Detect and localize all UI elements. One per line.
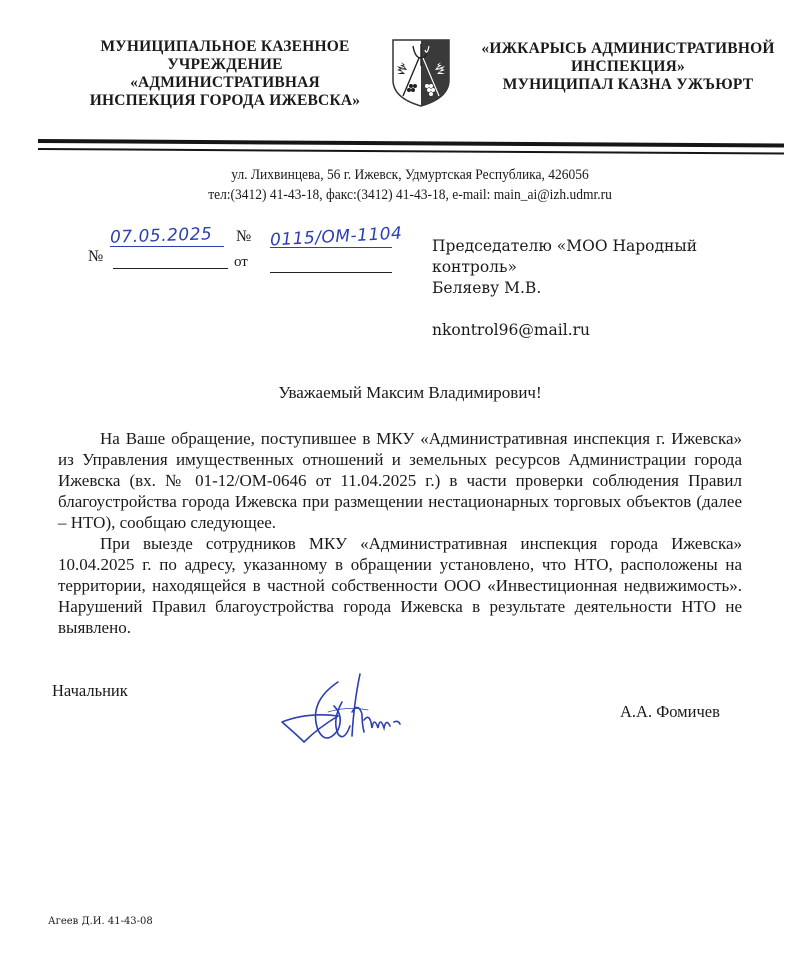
letterhead-left: МУНИЦИПАЛЬНОЕ КАЗЕННОЕ УЧРЕЖДЕНИЕ «АДМИН… — [60, 38, 390, 110]
greeting: Уважаемый Максим Владимирович! — [60, 383, 760, 403]
contact-line: тел:(3412) 41-43-18, факс:(3412) 41-43-1… — [168, 185, 652, 205]
letterhead-left-line: «АДМИНИСТРАТИВНАЯ — [60, 74, 390, 92]
handwritten-number-underline — [270, 247, 392, 248]
izhevsk-coat-of-arms-icon — [389, 36, 453, 108]
header-divider-thin — [38, 148, 784, 155]
header-divider-thick — [38, 139, 784, 148]
executor-info: Агеев Д.И. 41-43-08 — [48, 916, 153, 927]
letterhead-left-line: УЧРЕЖДЕНИЕ — [60, 56, 390, 74]
letterhead-right-line: «ИЖКАРЫСЬ АДМИНИСТРАТИВНОЙ — [468, 40, 788, 58]
reg-no-label: № — [88, 248, 103, 266]
address-line: ул. Лихвинцева, 56 г. Ижевск, Удмуртская… — [168, 165, 652, 185]
recipient-line: контроль» — [432, 257, 732, 278]
recipient-email: nkontrol96@mail.ru — [432, 320, 732, 341]
recipient-block: Председателю «МОО Народный контроль» Бел… — [432, 236, 732, 341]
body-paragraph: На Ваше обращение, поступившее в МКУ «Ад… — [58, 428, 742, 533]
reg-no-label-2: № — [236, 228, 251, 246]
recipient-line: Беляеву М.В. — [432, 278, 732, 299]
letterhead-left-line: ИНСПЕКЦИЯ ГОРОДА ИЖЕВСКА» — [60, 92, 390, 110]
body-paragraph: При выезде сотрудников МКУ «Администрати… — [58, 533, 742, 638]
reg-from-underline — [270, 272, 392, 273]
letterhead-right: «ИЖКАРЫСЬ АДМИНИСТРАТИВНОЙ ИНСПЕКЦИЯ» МУ… — [468, 40, 788, 94]
handwritten-date-underline — [110, 246, 224, 247]
reg-no-underline — [113, 268, 228, 269]
signer-title: Начальник — [52, 681, 128, 701]
letterhead-right-line: МУНИЦИПАЛ КАЗНА УЖЪЮРТ — [468, 76, 788, 94]
handwritten-signature-icon — [278, 672, 428, 750]
recipient-line: Председателю «МОО Народный — [432, 236, 732, 257]
handwritten-date: 07.05.2025 — [110, 224, 213, 248]
letterhead-right-line: ИНСПЕКЦИЯ» — [468, 58, 788, 76]
organization-address: ул. Лихвинцева, 56 г. Ижевск, Удмуртская… — [168, 165, 652, 205]
signer-name: А.А. Фомичев — [620, 702, 720, 722]
letter-body: На Ваше обращение, поступившее в МКУ «Ад… — [58, 428, 742, 638]
letterhead-left-line: МУНИЦИПАЛЬНОЕ КАЗЕННОЕ — [60, 38, 390, 56]
reg-from-label: от — [234, 254, 248, 271]
